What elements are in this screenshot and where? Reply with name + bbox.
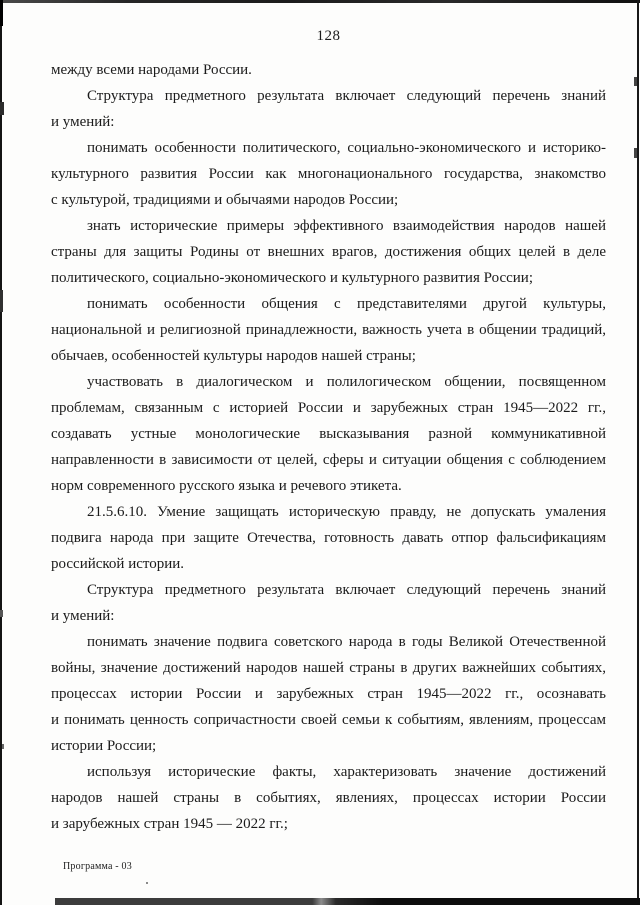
document-footer-label: Программа - 03 <box>63 861 132 872</box>
scanned-document-page: 128 между всеми народами России.Структур… <box>0 0 640 905</box>
text-line: обычаев, особенностей культуры народов н… <box>51 343 606 369</box>
text-line: подвига народа при защите Отечества, гот… <box>51 525 606 551</box>
text-line: политического, социально-экономического … <box>51 265 606 291</box>
text-line: 21.5.6.10. Умение защищать историческую … <box>51 499 606 525</box>
scan-edge-left <box>0 0 2 905</box>
paragraph: участвовать в диалогическом и полилогиче… <box>51 369 606 499</box>
text-line: процессах истории России и зарубежных ст… <box>51 681 606 707</box>
paragraph: Структура предметного результата включае… <box>51 83 606 135</box>
scan-edge-top <box>0 0 640 3</box>
scan-speck <box>634 77 637 86</box>
paragraph: понимать значение подвига советского нар… <box>51 629 606 759</box>
paragraph: понимать особенности общения с представи… <box>51 291 606 369</box>
text-line: и умений: <box>51 603 606 629</box>
paragraph: понимать особенности политического, соци… <box>51 135 606 213</box>
text-line: создавать устные монологические высказыв… <box>51 421 606 447</box>
text-line: участвовать в диалогическом и полилогиче… <box>51 369 606 395</box>
paragraph: Структура предметного результата включае… <box>51 577 606 629</box>
text-line: войны, значение достижений народов нашей… <box>51 655 606 681</box>
text-line: понимать особенности политического, соци… <box>51 135 606 161</box>
text-line: используя исторические факты, характериз… <box>51 759 606 785</box>
paragraph: между всеми народами России. <box>51 57 606 83</box>
paragraph: используя исторические факты, характериз… <box>51 759 606 837</box>
text-line: культурного развития России как многонац… <box>51 161 606 187</box>
text-line: знать исторические примеры эффективного … <box>51 213 606 239</box>
scan-speck <box>634 148 637 158</box>
text-line: проблемам, связанным с историей России и… <box>51 395 606 421</box>
text-line: между всеми народами России. <box>51 57 606 83</box>
text-line: народов нашей страны в событиях, явления… <box>51 785 606 811</box>
page-number: 128 <box>51 28 606 45</box>
document-body: между всеми народами России.Структура пр… <box>51 57 606 837</box>
text-line: истории России; <box>51 733 606 759</box>
text-line: страны для защиты Родины от внешних враг… <box>51 239 606 265</box>
text-line: и понимать ценность сопричастности своей… <box>51 707 606 733</box>
text-line: направленности в зависимости от целей, с… <box>51 447 606 473</box>
scan-speck <box>0 102 4 115</box>
text-line: национальной и религиозной принадлежност… <box>51 317 606 343</box>
text-line: и умений: <box>51 109 606 135</box>
text-line: понимать особенности общения с представи… <box>51 291 606 317</box>
paragraph: знать исторические примеры эффективного … <box>51 213 606 291</box>
scan-speck <box>2 744 4 749</box>
text-line: с культурой, традициями и обычаями народ… <box>51 187 606 213</box>
text-line: понимать значение подвига советского нар… <box>51 629 606 655</box>
scan-edge-right <box>637 0 639 905</box>
text-line: Структура предметного результата включае… <box>51 83 606 109</box>
scan-edge-left-corner <box>0 0 3 26</box>
text-line: российской истории. <box>51 551 606 577</box>
scan-edge-bottom <box>55 898 640 905</box>
text-line: норм современного русского языка и речев… <box>51 473 606 499</box>
text-line: и зарубежных стран 1945 — 2022 гг.; <box>51 811 606 837</box>
paragraph: 21.5.6.10. Умение защищать историческую … <box>51 499 606 577</box>
text-line: Структура предметного результата включае… <box>51 577 606 603</box>
scan-speck <box>0 610 3 617</box>
scan-speck <box>146 882 148 884</box>
scan-speck <box>0 290 3 312</box>
